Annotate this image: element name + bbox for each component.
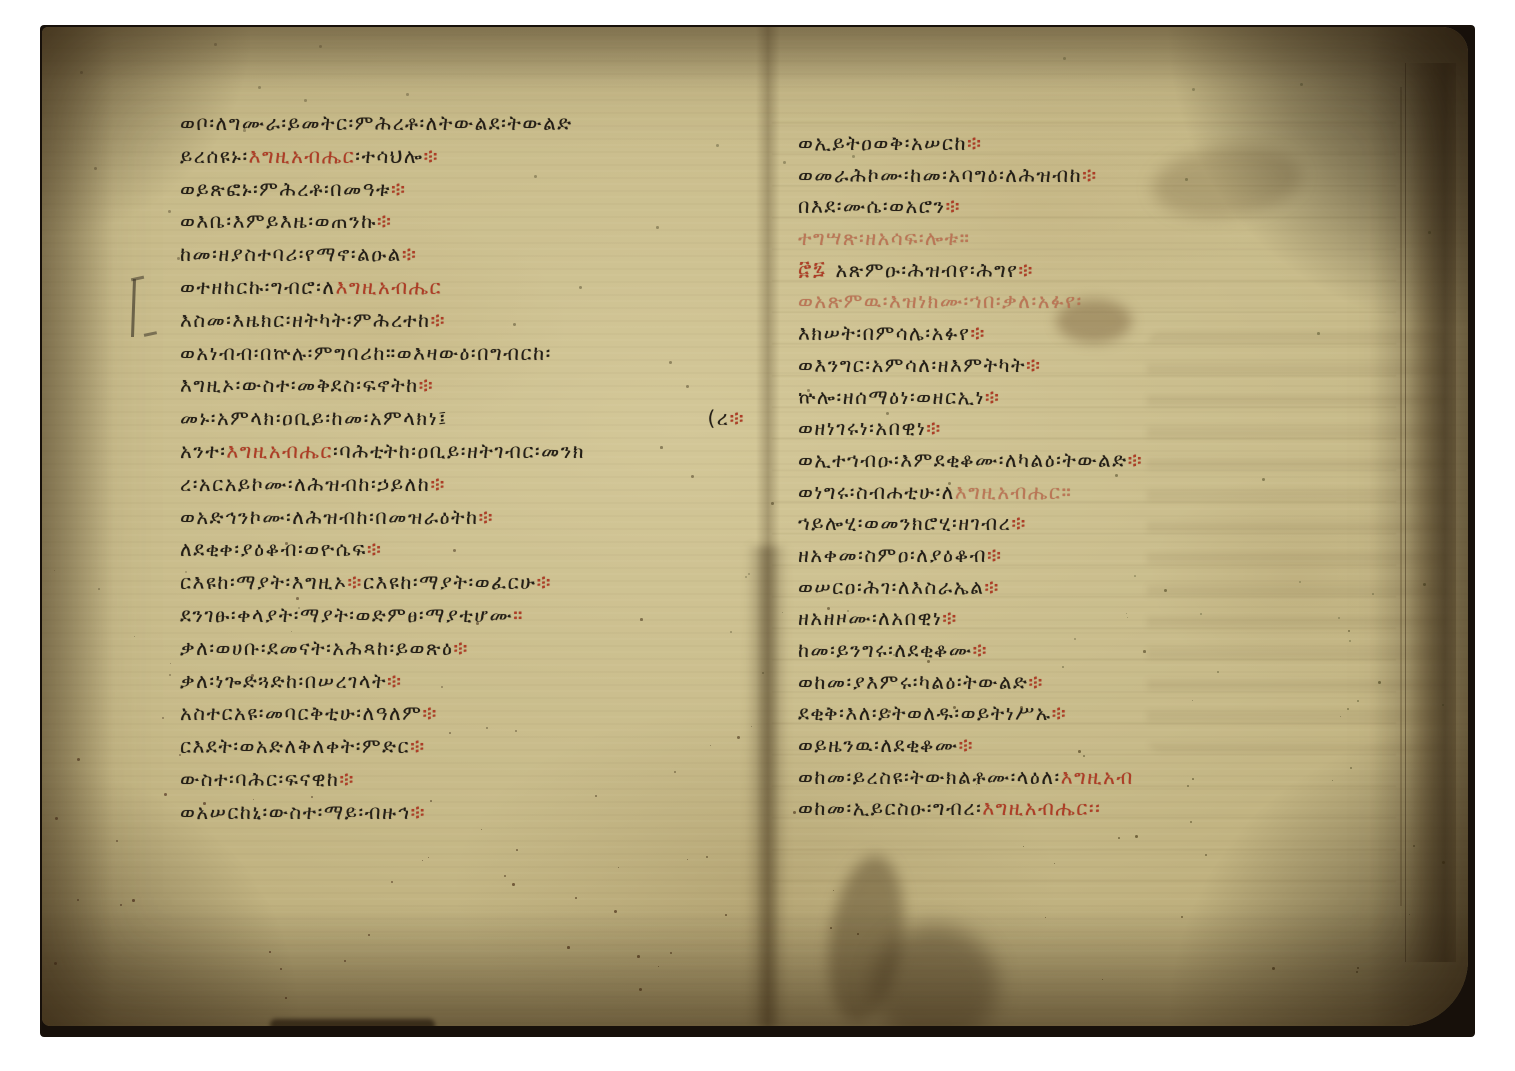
manuscript-line: ወሠርዐ፡ሕገ፡ለእስራኤል፨ [798, 575, 1418, 607]
body-text: ርእደት፡ወአድለቅለቀት፡ምድር [180, 734, 410, 758]
speck [258, 86, 261, 89]
body-text: ወይጽፎኑ፡ምሕረቶ፡በመዓቱ [180, 177, 391, 201]
parchment-spread: ወቦ፡ለግሙራ፡ይመትር፡ምሕረቶ፡ለትውልደ፡ትውልድይረሰዩኑ፡እግዚአብሔ… [42, 27, 1468, 1026]
rubric-text: ፨ [987, 543, 1003, 567]
speck [319, 45, 322, 48]
manuscript-line: አንተ፡እግዚአብሔር፡ባሕቲትከ፡ዐቢይ፡ዘትገብር፡መንክ [180, 439, 745, 472]
rubric-text: ፨ [958, 733, 974, 757]
manuscript-line: ቃለ፡ነጐድጓድከ፡በሠረገላት፨ [180, 669, 745, 702]
speck [134, 636, 135, 637]
manuscript-line: ወአድኅንኮሙ፡ለሕዝብከ፡በመዝራዕትከ፨ [180, 505, 745, 538]
manuscript-line: እክሠት፡በምሳሌ፡አፉየ፨ [798, 321, 1418, 353]
body-text: ርእዩከ፡ማያት፡ወፈርሁ [363, 570, 536, 594]
rubric-text: ፨ [942, 606, 958, 630]
body-text: ደንገፁ፡ቀላያት፡ማያት፡ወድምፀ፡ማያቲሆሙ [180, 603, 513, 627]
manuscript-line: ከመ፡ይንግሩ፡ለደቂቆሙ፨ [798, 638, 1418, 670]
rubric-text: ፨ [387, 669, 403, 693]
body-text: ወእንግር፡አምሳለ፡ዘእምትካት [798, 353, 1026, 377]
body-text: ደቂቅ፡እለ፡ይትወለዱ፡ወይትነሥኡ [798, 701, 1052, 725]
body-text: ዘአቀመ፡ስምዐ፡ለያዕቆብ [798, 543, 987, 567]
manuscript-line: ወከመ፡ኢይርስዑ፡ግብረ፡እግዚአብሔር፡፡ [798, 796, 1418, 828]
rubric-text: ፨ [410, 734, 426, 758]
rubric-text: እግዚአብሔር [249, 144, 356, 168]
speck [833, 890, 834, 891]
manuscript-line: ቃለ፡ወሀቡ፡ደመናት፡አሕጻከ፡ይወጽዕ፨ [180, 636, 745, 669]
rubric-text: እግዚአብሔር። [955, 480, 1072, 504]
manuscript-line: ደንገፁ፡ቀላያት፡ማያት፡ወድምፀ፡ማያቲሆሙ። [180, 603, 745, 636]
manuscript-line: ወይጽፎኑ፡ምሕረቶ፡በመዓቱ፨ [180, 177, 745, 210]
body-text: ወነግሩ፡ስብሐቲሁ፡ለ [798, 480, 955, 504]
speck [516, 849, 518, 851]
body-text: ወኢተኀብዑ፡እምደቂቆሙ፡ለካልዕ፡ትውልድ [798, 448, 1128, 472]
speck [1356, 971, 1358, 973]
manuscript-line: ወአጽምዉ፡እዝነክሙ፡ኀበ፡ቃለ፡አፉየ፡ [798, 289, 1418, 321]
body-text: (ረ [707, 406, 729, 430]
body-text: ወሠርዐ፡ሕገ፡ለእስራኤል [798, 575, 984, 599]
speck [280, 968, 282, 970]
speck [782, 612, 783, 613]
left-page-text: ወቦ፡ለግሙራ፡ይመትር፡ምሕረቶ፡ለትውልደ፡ትውልድይረሰዩኑ፡እግዚአብሔ… [180, 111, 745, 833]
speck [830, 927, 832, 929]
rubric-text: ፨ [367, 537, 383, 561]
speck [169, 674, 171, 676]
speck [857, 933, 859, 935]
speck [422, 860, 423, 861]
rubric-text: ፨ [1128, 448, 1144, 472]
body-text: ወይዜንዉ፡ለደቂቆሙ [798, 733, 958, 757]
speck [1118, 837, 1120, 839]
rubric-text: እግዚአብ [1061, 765, 1134, 789]
manuscript-line: ወተዘከርኩ፡ግብሮ፡ለእግዚአብሔር [180, 275, 745, 308]
speck [1423, 583, 1426, 586]
manuscript-line: ወነግሩ፡ስብሐቲሁ፡ለእግዚአብሔር። [798, 480, 1418, 512]
rubric-text: እግዚአብሔር [336, 275, 443, 299]
speck [658, 966, 659, 967]
rubric-text: ፨ [423, 144, 439, 168]
manuscript-line: ወከመ፡ይረስዩ፡ትውክልቶሙ፡ላዕለ፡እግዚአብ [798, 765, 1418, 797]
manuscript-line: ኀይሎሂ፡ወመንክሮሂ፡ዘገብረ፨ [798, 511, 1418, 543]
rubric-text: ፨ [972, 638, 988, 662]
manuscript-line: ወኢተኀብዑ፡እምደቂቆሙ፡ለካልዕ፡ትውልድ፨ [798, 448, 1418, 480]
manuscript-line: ወአነብብ፡በኵሉ፡ምግባሪከ።ወእዛውዕ፡በግብርከ፡ [180, 341, 745, 374]
speck [751, 726, 752, 727]
rubric-text: ፨ [391, 177, 407, 201]
speck [1205, 854, 1207, 856]
speck [1023, 846, 1024, 847]
manuscript-line: ወአሠርከኒ፡ውስተ፡ማይ፡ብዙኅ፨ [180, 800, 745, 833]
rubric-text: እግዚአብሔር [226, 439, 333, 463]
body-text: እክሠት፡በምሳሌ፡አፉየ [798, 321, 970, 345]
manuscript-line: ረ፡አርአይኮሙ፡ለሕዝብከ፡ኃይለከ፨ [180, 472, 745, 505]
speck [170, 663, 171, 664]
manuscript-line: ርእደት፡ወአድለቅለቀት፡ምድር፨ [180, 734, 745, 767]
speck [1272, 967, 1275, 970]
rubric-text: ተግሣጽ፡ዘአሳፍ፡ሎቱ። [798, 226, 971, 250]
speck [567, 946, 570, 949]
rubric-text: ፨ [1026, 353, 1042, 377]
speck [637, 955, 640, 958]
speck [77, 899, 79, 901]
speck [783, 161, 786, 164]
screenshot-root: { "colors": { "backdrop": "#17100a", "pa… [0, 0, 1515, 1071]
rubric-text: ፸፯ [798, 256, 826, 280]
speck [504, 875, 506, 877]
speck [1442, 704, 1444, 706]
rubric-text: እግዚአብሔር፡፡ [982, 796, 1101, 820]
manuscript-line: ወመራሕኮሙ፡ከመ፡አባግዕ፡ለሕዝብከ፨ [798, 163, 1418, 195]
rubric-text: ፨ [970, 321, 986, 345]
manuscript-line: ፸፯አጽምዑ፡ሕዝብየ፡ሕግየ፨ [798, 258, 1418, 290]
speck [98, 588, 100, 590]
manuscript-line: መኑ፡አምላክ፡ዐቢይ፡ከመ፡አምላክነ፤(ረ፨ [180, 406, 745, 439]
rubric-text: ፨ [430, 472, 446, 496]
speck [670, 952, 672, 954]
speck [269, 951, 271, 953]
stain [872, 925, 998, 1026]
manuscript-line: እግዚኦ፡ውስተ፡መቅደስ፡ፍኖትከ፨ [180, 373, 745, 406]
body-text: ይረሰዩኑ፡ [180, 144, 249, 168]
rubric-text: ፨ [402, 242, 418, 266]
speck [285, 997, 287, 999]
body-text: መኑ፡አምላክ፡ዐቢይ፡ከመ፡አምላክነ፤ [180, 406, 448, 430]
rubric-text: ፨ [1011, 511, 1027, 535]
body-text: ፡ተሳህሎ [355, 144, 423, 168]
speck [1063, 57, 1066, 60]
manuscript-line: ዘአቀመ፡ስምዐ፡ለያዕቆብ፨ [798, 543, 1418, 575]
speck [1357, 967, 1359, 969]
speck [1192, 88, 1195, 91]
body-text: ለደቂቀ፡ያዕቆብ፡ወዮሴፍ [180, 537, 367, 561]
body-text: ወከመ፡ይረስዩ፡ትውክልቶሙ፡ላዕለ፡ [798, 765, 1061, 789]
speck [214, 43, 217, 46]
rubric-text: ፨ [411, 800, 427, 824]
speck [614, 910, 617, 913]
rubric-text: ፨ [1018, 258, 1034, 282]
body-text: ፡ባሕቲትከ፡ዐቢይ፡ዘትገብር፡መንክ [333, 439, 585, 463]
rubric-text: ፨ [536, 570, 552, 594]
rubric-text: ፨ [419, 373, 435, 397]
rubric-text: ፨ [453, 636, 469, 660]
body-text: ወዘነገሩነ፡አበዊነ [798, 416, 926, 440]
speck [55, 817, 58, 820]
rubric-text: ፨ [985, 385, 1001, 409]
speck [168, 210, 171, 213]
body-text: እግዚኦ፡ውስተ፡መቅደስ፡ፍኖትከ [180, 373, 419, 397]
speck [745, 576, 747, 578]
rubric-text: ፨ [377, 209, 393, 233]
manuscript-line: ውስተ፡ባሕር፡ፍናዊከ፨ [180, 767, 745, 800]
speck [116, 840, 118, 842]
manuscript-line: ተግሣጽ፡ዘአሳፍ፡ሎቱ። [798, 226, 1418, 258]
manuscript-line: ለደቂቀ፡ያዕቆብ፡ወዮሴፍ፨ [180, 537, 745, 570]
speck [725, 914, 727, 916]
speck [77, 758, 80, 761]
speck [639, 988, 642, 991]
speck [793, 811, 796, 814]
speck [391, 881, 393, 883]
body-text: ቃለ፡ነጐድጓድከ፡በሠረገላት [180, 669, 387, 693]
manuscript-line: ወቦ፡ለግሙራ፡ይመትር፡ምሕረቶ፡ለትውልደ፡ትውልድ [180, 111, 745, 144]
body-text: ወከመ፡ያእምሩ፡ካልዕ፡ትውልድ [798, 670, 1028, 694]
rubric-text: ፨ [339, 767, 355, 791]
speck [54, 962, 57, 965]
speck [344, 960, 346, 962]
rubric-text: ፨ [945, 194, 961, 218]
body-text: ወተዘከርኩ፡ግብሮ፡ለ [180, 275, 336, 299]
speck [1045, 917, 1046, 918]
manuscript-line: ከመ፡ዘያስተባሪ፡የማኖ፡ልዑል፨ [180, 242, 745, 275]
manuscript-line: ደቂቅ፡እለ፡ይትወለዱ፡ወይትነሥኡ፨ [798, 701, 1418, 733]
speck [94, 167, 97, 170]
manuscript-line: ርእዩከ፡ማያት፡እግዚኦ፨ርእዩከ፡ማያት፡ወፈርሁ፨ [180, 570, 745, 603]
stain [270, 1019, 435, 1026]
body-text: ወቦ፡ለግሙራ፡ይመትር፡ምሕረቶ፡ለትውልደ፡ትውልድ [180, 111, 573, 135]
speck [748, 573, 750, 575]
body-text: ወኢይትዐወቅ፡አሠርከ [798, 131, 967, 155]
speck [1442, 861, 1445, 864]
body-text: በእደ፡ሙሴ፡ወአሮን [798, 194, 945, 218]
speck [406, 93, 409, 96]
right-page-text: ወኢይትዐወቅ፡አሠርከ፨ወመራሕኮሙ፡ከመ፡አባግዕ፡ለሕዝብከ፨በእደ፡ሙሴ… [798, 131, 1418, 828]
manuscript-line: በእደ፡ሙሴ፡ወአሮን፨ [798, 194, 1418, 226]
speck [1300, 83, 1303, 86]
margin-bracket-mark [130, 277, 146, 335]
speck [762, 672, 764, 674]
body-text: አንተ፡ [180, 439, 226, 463]
manuscript-line: አስተርአዩ፡መባርቅቲሁ፡ለዓለም፨ [180, 701, 745, 734]
manuscript-line: ወኢይትዐወቅ፡አሠርከ፨ [798, 131, 1418, 163]
speck [575, 897, 577, 899]
manuscript-line: ወእንግር፡አምሳለ፡ዘእምትካት፨ [798, 353, 1418, 385]
body-text: አጽምዑ፡ሕዝብየ፡ሕግየ [835, 258, 1018, 282]
speck [687, 859, 688, 860]
speck [1428, 231, 1431, 234]
speck [1409, 914, 1410, 915]
body-text: ረ፡አርአይኮሙ፡ለሕዝብከ፡ኃይለከ [180, 472, 430, 496]
rubric-text: ፨ [1052, 701, 1068, 725]
body-text: እስመ፡እዜክር፡ዘትካት፡ምሕረተከ [180, 308, 431, 332]
speck [120, 904, 122, 906]
body-text: ከመ፡ይንግሩ፡ለደቂቆሙ [798, 638, 972, 662]
speck [512, 883, 515, 886]
rubric-text: ፨ [1082, 163, 1098, 187]
speck [132, 899, 135, 902]
body-text: ኵሎ፡ዘሰማዕነ፡ወዘርኢነ [798, 385, 985, 409]
body-text: ወአነብብ፡በኵሉ፡ምግባሪከ።ወእዛውዕ፡በግብርከ፡ [180, 341, 552, 365]
body-text: ርእዩከ፡ማያት፡እግዚኦ [180, 570, 347, 594]
gutter-shadow [756, 27, 780, 1026]
rubric-text: ፨ [926, 416, 942, 440]
rubric-text: ፨ [984, 575, 1000, 599]
speck [1181, 916, 1183, 918]
manuscript-line: ዘአዘዞሙ፡ለአበዊነ፨ [798, 606, 1418, 638]
body-text: ወአሠርከኒ፡ውስተ፡ማይ፡ብዙኅ [180, 800, 411, 824]
manuscript-line: ወዘነገሩነ፡አበዊነ፨ [798, 416, 1418, 448]
rubric-text: ። [513, 603, 524, 627]
rubric-text: ፨ [967, 131, 983, 155]
rubric-text: ወአጽምዉ፡እዝነክሙ፡ኀበ፡ቃለ፡አፉየ፡ [798, 289, 1083, 313]
rubric-text: ፨ [729, 406, 745, 430]
manuscript-line: ወእቤ፡እምይእዜ፡ወጠንኩ፨ [180, 209, 745, 242]
rubric-text: ፨ [347, 570, 363, 594]
speck [304, 99, 307, 102]
speck [771, 502, 774, 505]
stain [819, 851, 914, 1026]
speck [618, 867, 619, 868]
gutter-smudge [746, 546, 788, 1026]
manuscript-line: ወከመ፡ያእምሩ፡ካልዕ፡ትውልድ፨ [798, 670, 1418, 702]
manuscript-line: ኵሎ፡ዘሰማዕነ፡ወዘርኢነ፨ [798, 385, 1418, 417]
body-text: ከመ፡ዘያስተባሪ፡የማኖ፡ልዑል [180, 242, 402, 266]
manuscript-line: እስመ፡እዜክር፡ዘትካት፡ምሕረተከ፨ [180, 308, 745, 341]
speck [1102, 979, 1103, 980]
speck [1413, 845, 1415, 847]
speck [80, 71, 83, 74]
speck [1135, 835, 1138, 838]
body-text: ውስተ፡ባሕር፡ፍናዊከ [180, 767, 339, 791]
speck [164, 793, 167, 796]
manuscript-photo: ወቦ፡ለግሙራ፡ይመትር፡ምሕረቶ፡ለትውልደ፡ትውልድይረሰዩኑ፡እግዚአብሔ… [40, 25, 1475, 1037]
body-text: ወመራሕኮሙ፡ከመ፡አባግዕ፡ለሕዝብከ [798, 163, 1082, 187]
body-text: ወእቤ፡እምይእዜ፡ወጠንኩ [180, 209, 377, 233]
manuscript-line: ወይዜንዉ፡ለደቂቆሙ፨ [798, 733, 1418, 765]
body-text: ዘአዘዞሙ፡ለአበዊነ [798, 606, 942, 630]
rubric-text: ፨ [1028, 670, 1044, 694]
rubric-text: ፨ [422, 701, 438, 725]
speck [706, 856, 708, 858]
speck [54, 570, 55, 571]
manuscript-line: ይረሰዩኑ፡እግዚአብሔር፡ተሳህሎ፨ [180, 144, 745, 177]
speck [162, 717, 164, 719]
body-text: አስተርአዩ፡መባርቅቲሁ፡ለዓለም [180, 701, 422, 725]
body-text: ኀይሎሂ፡ወመንክሮሂ፡ዘገብረ [798, 511, 1011, 535]
rubric-text: ፨ [431, 308, 447, 332]
rubric-text: ፨ [479, 505, 495, 529]
speck [428, 857, 429, 858]
body-text: ቃለ፡ወሀቡ፡ደመናት፡አሕጻከ፡ይወጽዕ [180, 636, 453, 660]
speck [1054, 863, 1055, 864]
speck [368, 934, 370, 936]
body-text: ወከመ፡ኢይርስዑ፡ግብረ፡ [798, 796, 982, 820]
body-text: ወአድኅንኮሙ፡ለሕዝብከ፡በመዝራዕትከ [180, 505, 479, 529]
